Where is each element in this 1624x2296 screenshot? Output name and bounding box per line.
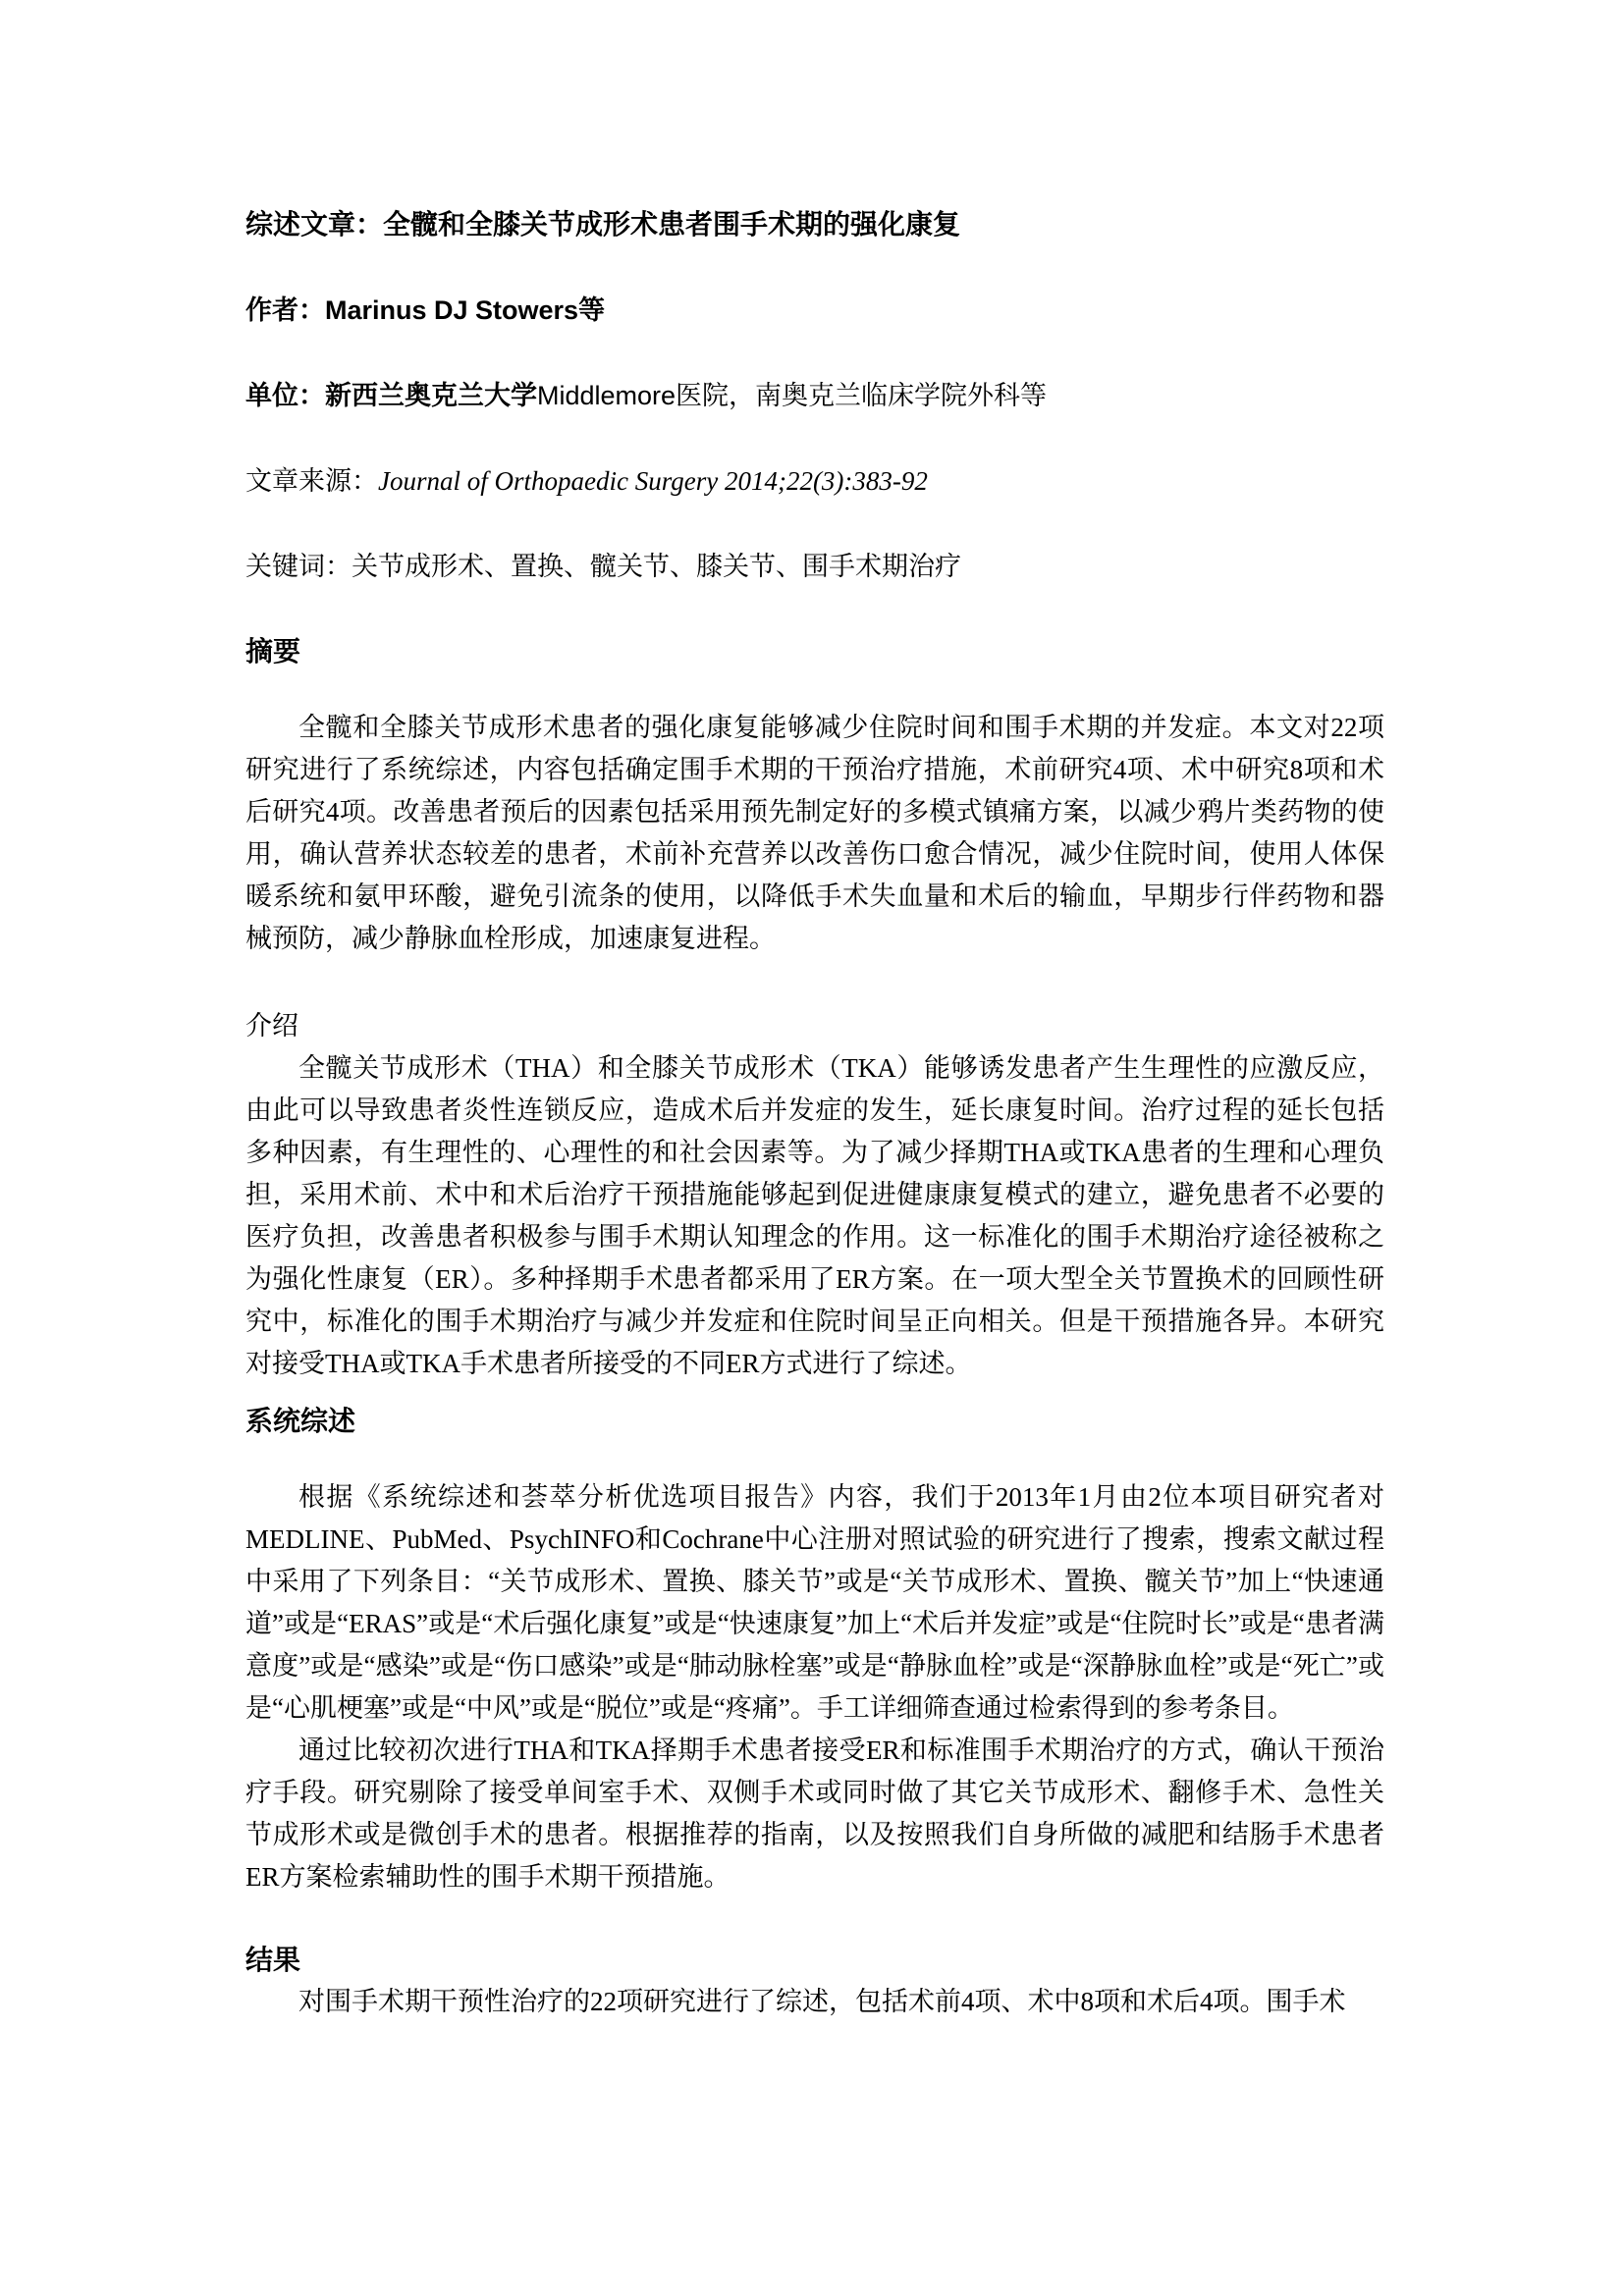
results-paragraph: 对围手术期干预性治疗的22项研究进行了综述，包括术前4项、术中8项和术后4项。围… xyxy=(245,1981,1384,2023)
author-line: 作者：Marinus DJ Stowers等 xyxy=(245,294,1384,327)
affiliation-line: 单位：新西兰奥克兰大学Middlemore医院，南奥克兰临床学院外科等 xyxy=(245,379,1384,412)
affiliation-institution: 新西兰奥克兰大学 xyxy=(325,381,537,410)
source-line: 文章来源：Journal of Orthopaedic Surgery 2014… xyxy=(245,464,1384,498)
section-systematic-review: 系统综述 根据《系统综述和荟萃分析优选项目报告》内容，我们于2013年1月由2位… xyxy=(245,1405,1384,1898)
systematic-review-paragraph-1: 根据《系统综述和荟萃分析优选项目报告》内容，我们于2013年1月由2位本项目研究… xyxy=(245,1476,1384,1730)
page-title: 综述文章：全髋和全膝关节成形术患者围手术期的强化康复 xyxy=(245,208,1384,241)
section-abstract: 摘要 全髋和全膝关节成形术患者的强化康复能够减少住院时间和围手术期的并发症。本文… xyxy=(245,635,1384,960)
document-page: 综述文章：全髋和全膝关节成形术患者围手术期的强化康复 作者：Marinus DJ… xyxy=(0,0,1624,2296)
author-value: Marinus DJ Stowers等 xyxy=(325,295,605,325)
source-label: 文章来源： xyxy=(245,466,378,496)
affiliation-detail: Middlemore医院，南奥克兰临床学院外科等 xyxy=(537,381,1047,410)
systematic-review-paragraph-2: 通过比较初次进行THA和TKA择期手术患者接受ER和标准围手术期治疗的方式，确认… xyxy=(245,1730,1384,1898)
introduction-heading: 介绍 xyxy=(245,1005,1384,1047)
author-label: 作者： xyxy=(245,295,325,325)
systematic-review-heading: 系统综述 xyxy=(245,1405,1384,1438)
results-heading: 结果 xyxy=(245,1939,1384,1981)
section-results: 结果 对围手术期干预性治疗的22项研究进行了综述，包括术前4项、术中8项和术后4… xyxy=(245,1939,1384,2023)
abstract-heading: 摘要 xyxy=(245,635,1384,668)
keywords-label: 关键词： xyxy=(245,552,352,581)
abstract-paragraph: 全髋和全膝关节成形术患者的强化康复能够减少住院时间和围手术期的并发症。本文对22… xyxy=(245,707,1384,960)
affiliation-label: 单位： xyxy=(245,381,325,410)
introduction-paragraph: 全髋关节成形术（THA）和全膝关节成形术（TKA）能够诱发患者产生生理性的应激反… xyxy=(245,1047,1384,1385)
journal-citation: Journal of Orthopaedic Surgery 2014;22(3… xyxy=(378,466,928,496)
keywords-value: 关节成形术、置换、髋关节、膝关节、围手术期治疗 xyxy=(352,552,961,581)
section-introduction: 介绍 全髋关节成形术（THA）和全膝关节成形术（TKA）能够诱发患者产生生理性的… xyxy=(245,1005,1384,1385)
keywords-line: 关键词：关节成形术、置换、髋关节、膝关节、围手术期治疗 xyxy=(245,550,1384,583)
